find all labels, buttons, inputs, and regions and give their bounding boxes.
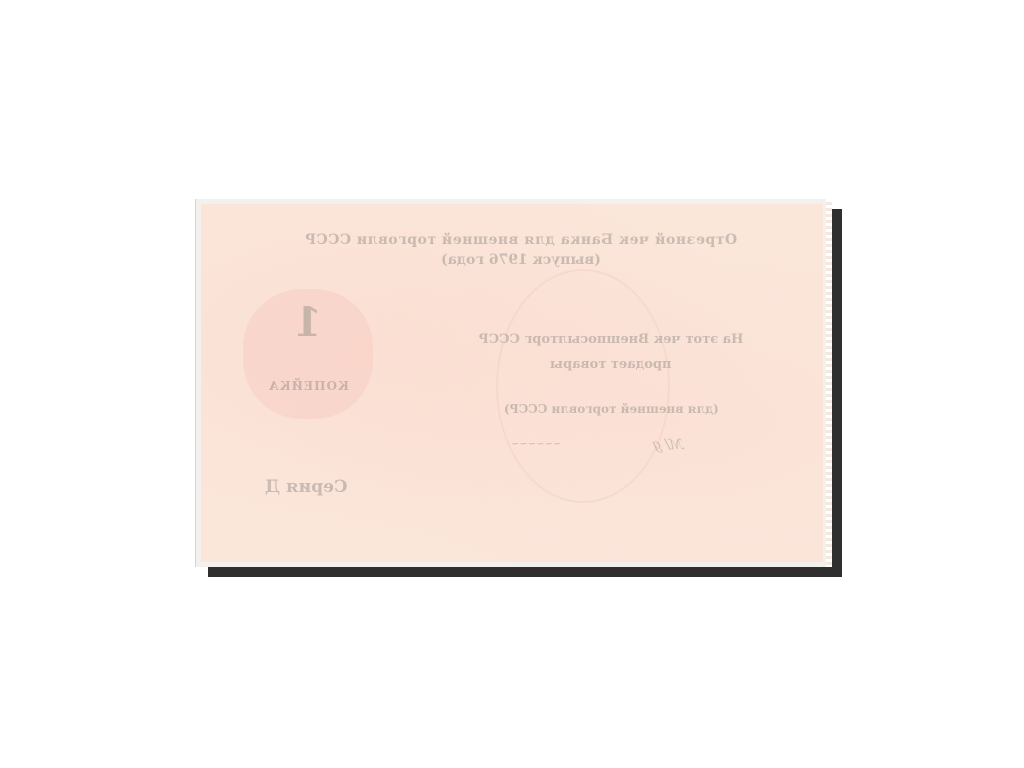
signature-right: ℳ/ℊ: [651, 434, 685, 454]
center-watermark-pattern: [496, 269, 670, 503]
signature-left: ~~~~~~: [511, 439, 561, 450]
title-line-2: (выпуск 1976 года): [266, 252, 776, 268]
body-line-1: На этот чек Внешпосылторг СССР: [446, 332, 776, 347]
title-line-1: Отрезной чек Банка для внешней торговли …: [266, 232, 776, 248]
banknote: Отрезной чек Банка для внешней торговли …: [195, 199, 828, 567]
denomination-word: КОПЕЙКА: [258, 379, 358, 393]
body-line-3: (для внешней торговли СССР): [446, 402, 776, 416]
body-line-2: продает товары: [446, 357, 776, 372]
denomination-number: 1: [288, 299, 328, 346]
series-label: Серия Д: [256, 477, 356, 497]
